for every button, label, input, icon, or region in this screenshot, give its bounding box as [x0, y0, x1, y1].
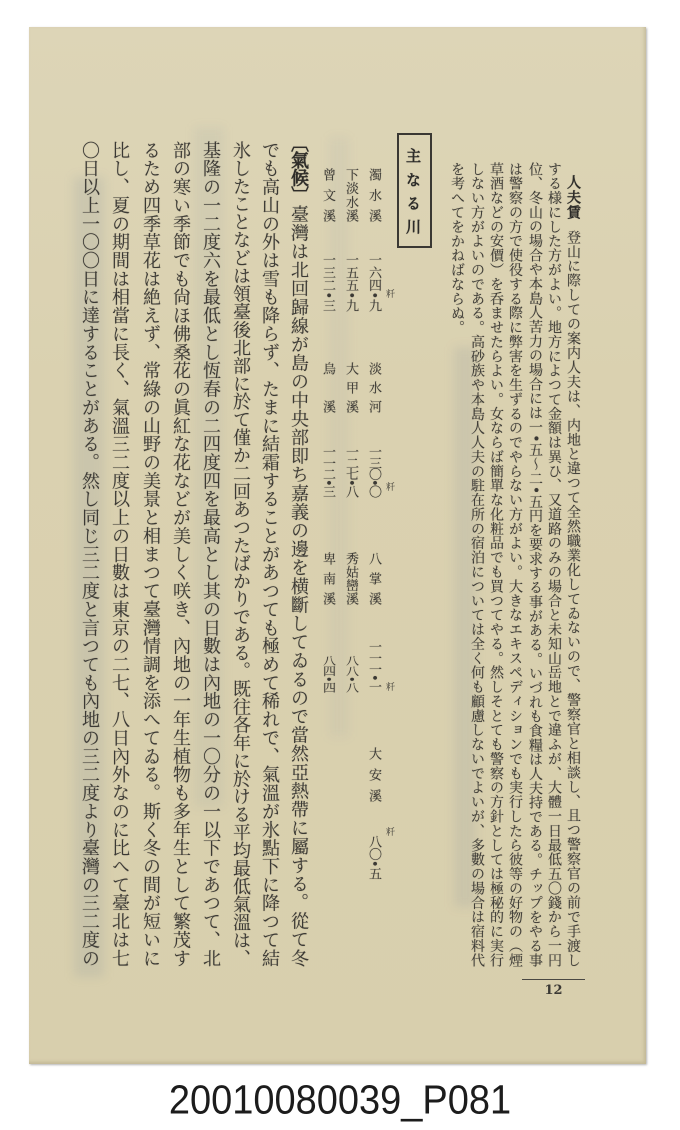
text-line: 臺灣は北回歸線が島の中央部即ち嘉義の邊を横斷してゐるので當然亞熱帶に屬する。從て…: [288, 205, 309, 968]
river-length: 一五五•九: [344, 253, 357, 312]
river-name-text: 淡水河: [366, 362, 381, 419]
river-unit: 粁: [384, 482, 393, 491]
climate-text-column: 〇日以上一〇〇日に達することがある。然し同じ三二度と言つても內地の三二度より臺灣…: [80, 141, 98, 967]
text-line: 氷したことなどは領臺後北部に於て僅か二回あつたばかりである。既往各年に於ける平均…: [230, 141, 251, 967]
river-unit: 粁: [384, 682, 393, 691]
scanned-page: 人夫賃 登山に際しての案内人夫は、内地と違つて全然職業化してゐないので、警察官と…: [29, 27, 646, 1064]
river-name-text: 卑南溪: [320, 552, 335, 612]
river-length-text: 一三〇•〇: [366, 445, 381, 496]
text-line: 草酒などの安價）を呑ませたらよい。女ならば簡單な化粧品でも買つてやる。然しそとて…: [488, 162, 504, 967]
text-line: でも高山の外は雪も降らず、たまに結霜することがあつても極めて稀れで、氣溫が氷點下…: [259, 141, 280, 967]
page-number-rule: [522, 979, 585, 980]
text-line: 位、冬山の場合や本島人苦力の場合には一•五〜二•五円を要求する事がある。いづれも…: [527, 162, 543, 967]
river-length-text: 八四•四: [321, 655, 334, 693]
text-line: 基隆の一二度六を最低とし恆春の二四度四を最高とし其の日數は內地の一〇分の一以下で…: [200, 141, 221, 967]
climate-text-column: 臺灣は北回歸線が島の中央部即ち嘉義の邊を横斷してゐるので當然亞熱帶に屬する。從て…: [289, 205, 307, 967]
river-length: 一一二•三: [321, 445, 334, 498]
river-length: 八八•八: [344, 655, 357, 693]
wages-text-column: 登山に際しての案内人夫は、内地と違つて全然職業化してゐないので、警察官と相談し、…: [566, 230, 580, 967]
text-line: は警察の方で使役する際に弊害を生ずるのでやらない方がよい。大きなエキスペディショ…: [507, 162, 523, 967]
river-name: 大安溪: [367, 747, 380, 802]
river-name-text: 曾文溪: [320, 168, 335, 230]
wages-text-column: する様にした方がよい。地方によつて金額は異ひ、又道路のみの場合と未知山岳地とで違…: [547, 162, 561, 967]
river-length: 一三二•三: [321, 253, 334, 312]
river-name: 曾文溪: [321, 168, 334, 222]
river-length: 八四•四: [321, 655, 334, 693]
river-length: 一六四•九: [367, 253, 380, 312]
climate-text-column: 氷したことなどは領臺後北部に於て僅か二回あつたばかりである。既往各年に於ける平均…: [231, 141, 249, 967]
river-length: 一一一•一: [367, 640, 380, 693]
wages-text-column: は警察の方で使役する際に弊害を生ずるのでやらない方がよい。大きなエキスペディショ…: [508, 162, 522, 967]
river-length-text: 一五五•九: [343, 253, 358, 312]
river-name-text: 烏溪: [320, 362, 335, 438]
river-name: 秀姑巒溪: [344, 552, 357, 605]
text-line: 比し、夏の期間は相當に長く、氣溫三二度以上の日數は東京の二七、八日內外なのに比へ…: [109, 141, 130, 967]
river-name: 淡水河: [367, 362, 380, 413]
river-name-text: 八掌溪: [366, 552, 381, 612]
rivers-title-text: 主なる川: [404, 148, 422, 243]
river-length-text: 一一一•一: [366, 640, 381, 691]
river-length: 一二七•八: [344, 445, 357, 498]
river-name-text: 下淡水溪: [343, 168, 358, 223]
text-line: るため四季草花は絶えず、常綠の山野の美景と相まつて臺灣情調を添へてゐる。斯く冬の…: [140, 141, 161, 967]
wages-text-column: 草酒などの安價）を呑ませたらよい。女ならば簡單な化粧品でも買つてやる。然しそとて…: [489, 162, 503, 967]
wages-text-column: しない方がよいのである。高砂族や本島人人夫の駐在所の宿泊については全く何も顧慮し…: [470, 162, 484, 967]
river-unit: 粁: [384, 827, 393, 836]
river-length-text: 一一二•三: [320, 445, 335, 496]
river-length-text: 一二七•八: [343, 445, 358, 496]
climate-text-column: 部の寒い季節でも尙ほ佛桑花の眞紅な花などが美しく咲き、內地の一年生植物も多年生と…: [171, 141, 189, 967]
climate-heading: 〔氣候〕: [289, 143, 307, 195]
river-unit: 粁: [384, 289, 393, 298]
climate-text-column: るため四季草花は絶えず、常綠の山野の美景と相まつて臺灣情調を添へてゐる。斯く冬の…: [141, 141, 159, 967]
river-length-text: 一六四•九: [366, 253, 381, 312]
climate-heading-text: 〔氣候〕: [288, 143, 309, 194]
river-name: 卑南溪: [321, 552, 334, 605]
river-name-text: 大安溪: [366, 747, 381, 810]
river-length-text: 八〇•五: [366, 835, 381, 879]
rivers-title: 主なる川: [405, 148, 420, 234]
climate-text-column: 基隆の一二度六を最低とし恆春の二四度四を最高とし其の日數は內地の一〇分の一以下で…: [201, 141, 219, 967]
river-name-text: 秀姑巒溪: [343, 552, 358, 605]
text-line: 〇日以上一〇〇日に達することがある。然し同じ三二度と言つても內地の三二度より臺灣…: [79, 141, 100, 967]
climate-text-column: 比し、夏の期間は相當に長く、氣溫三二度以上の日數は東京の二七、八日內外なのに比へ…: [110, 141, 128, 967]
river-name: 大甲溪: [344, 362, 357, 413]
text-line: 部の寒い季節でも尙ほ佛桑花の眞紅な花などが美しく咲き、內地の一年生植物も多年生と…: [170, 141, 191, 967]
text-line: 登山に際しての案内人夫は、内地と違つて全然職業化してゐないので、警察官と相談し、…: [565, 230, 581, 967]
image-caption: 20010080039_P081: [0, 1080, 680, 1121]
river-length-text: 一三二•三: [320, 253, 335, 312]
wages-heading-text: 人夫賃: [565, 175, 581, 220]
river-name: 濁水溪: [367, 168, 380, 222]
rivers-title-box: 主なる川: [397, 133, 432, 248]
text-line: を考へてをかねばならぬ。: [449, 162, 465, 335]
river-name-text: 濁水溪: [366, 168, 381, 230]
climate-text-column: でも高山の外は雪も降らず、たまに結霜することがあつても極めて稀れで、氣溫が氷點下…: [260, 141, 278, 967]
river-name: 八掌溪: [367, 552, 380, 605]
river-name: 烏溪: [321, 362, 334, 413]
river-name: 下淡水溪: [344, 168, 357, 222]
page-number: 12: [522, 984, 585, 997]
wages-heading: 人夫賃: [566, 175, 580, 219]
river-length: 八〇•五: [367, 835, 380, 880]
wages-text-column: を考へてをかねばならぬ。: [450, 162, 464, 335]
river-length-text: 八八•八: [344, 655, 357, 693]
text-line: しない方がよいのである。高砂族や本島人人夫の駐在所の宿泊については全く何も顧慮し…: [469, 162, 485, 967]
text-line: する様にした方がよい。地方によつて金額は異ひ、又道路のみの場合と未知山岳地とで違…: [546, 162, 562, 967]
river-name-text: 大甲溪: [343, 362, 358, 419]
river-length: 一三〇•〇: [367, 445, 380, 498]
wages-text-column: 位、冬山の場合や本島人苦力の場合には一•五〜二•五円を要求する事がある。いづれも…: [528, 162, 542, 967]
